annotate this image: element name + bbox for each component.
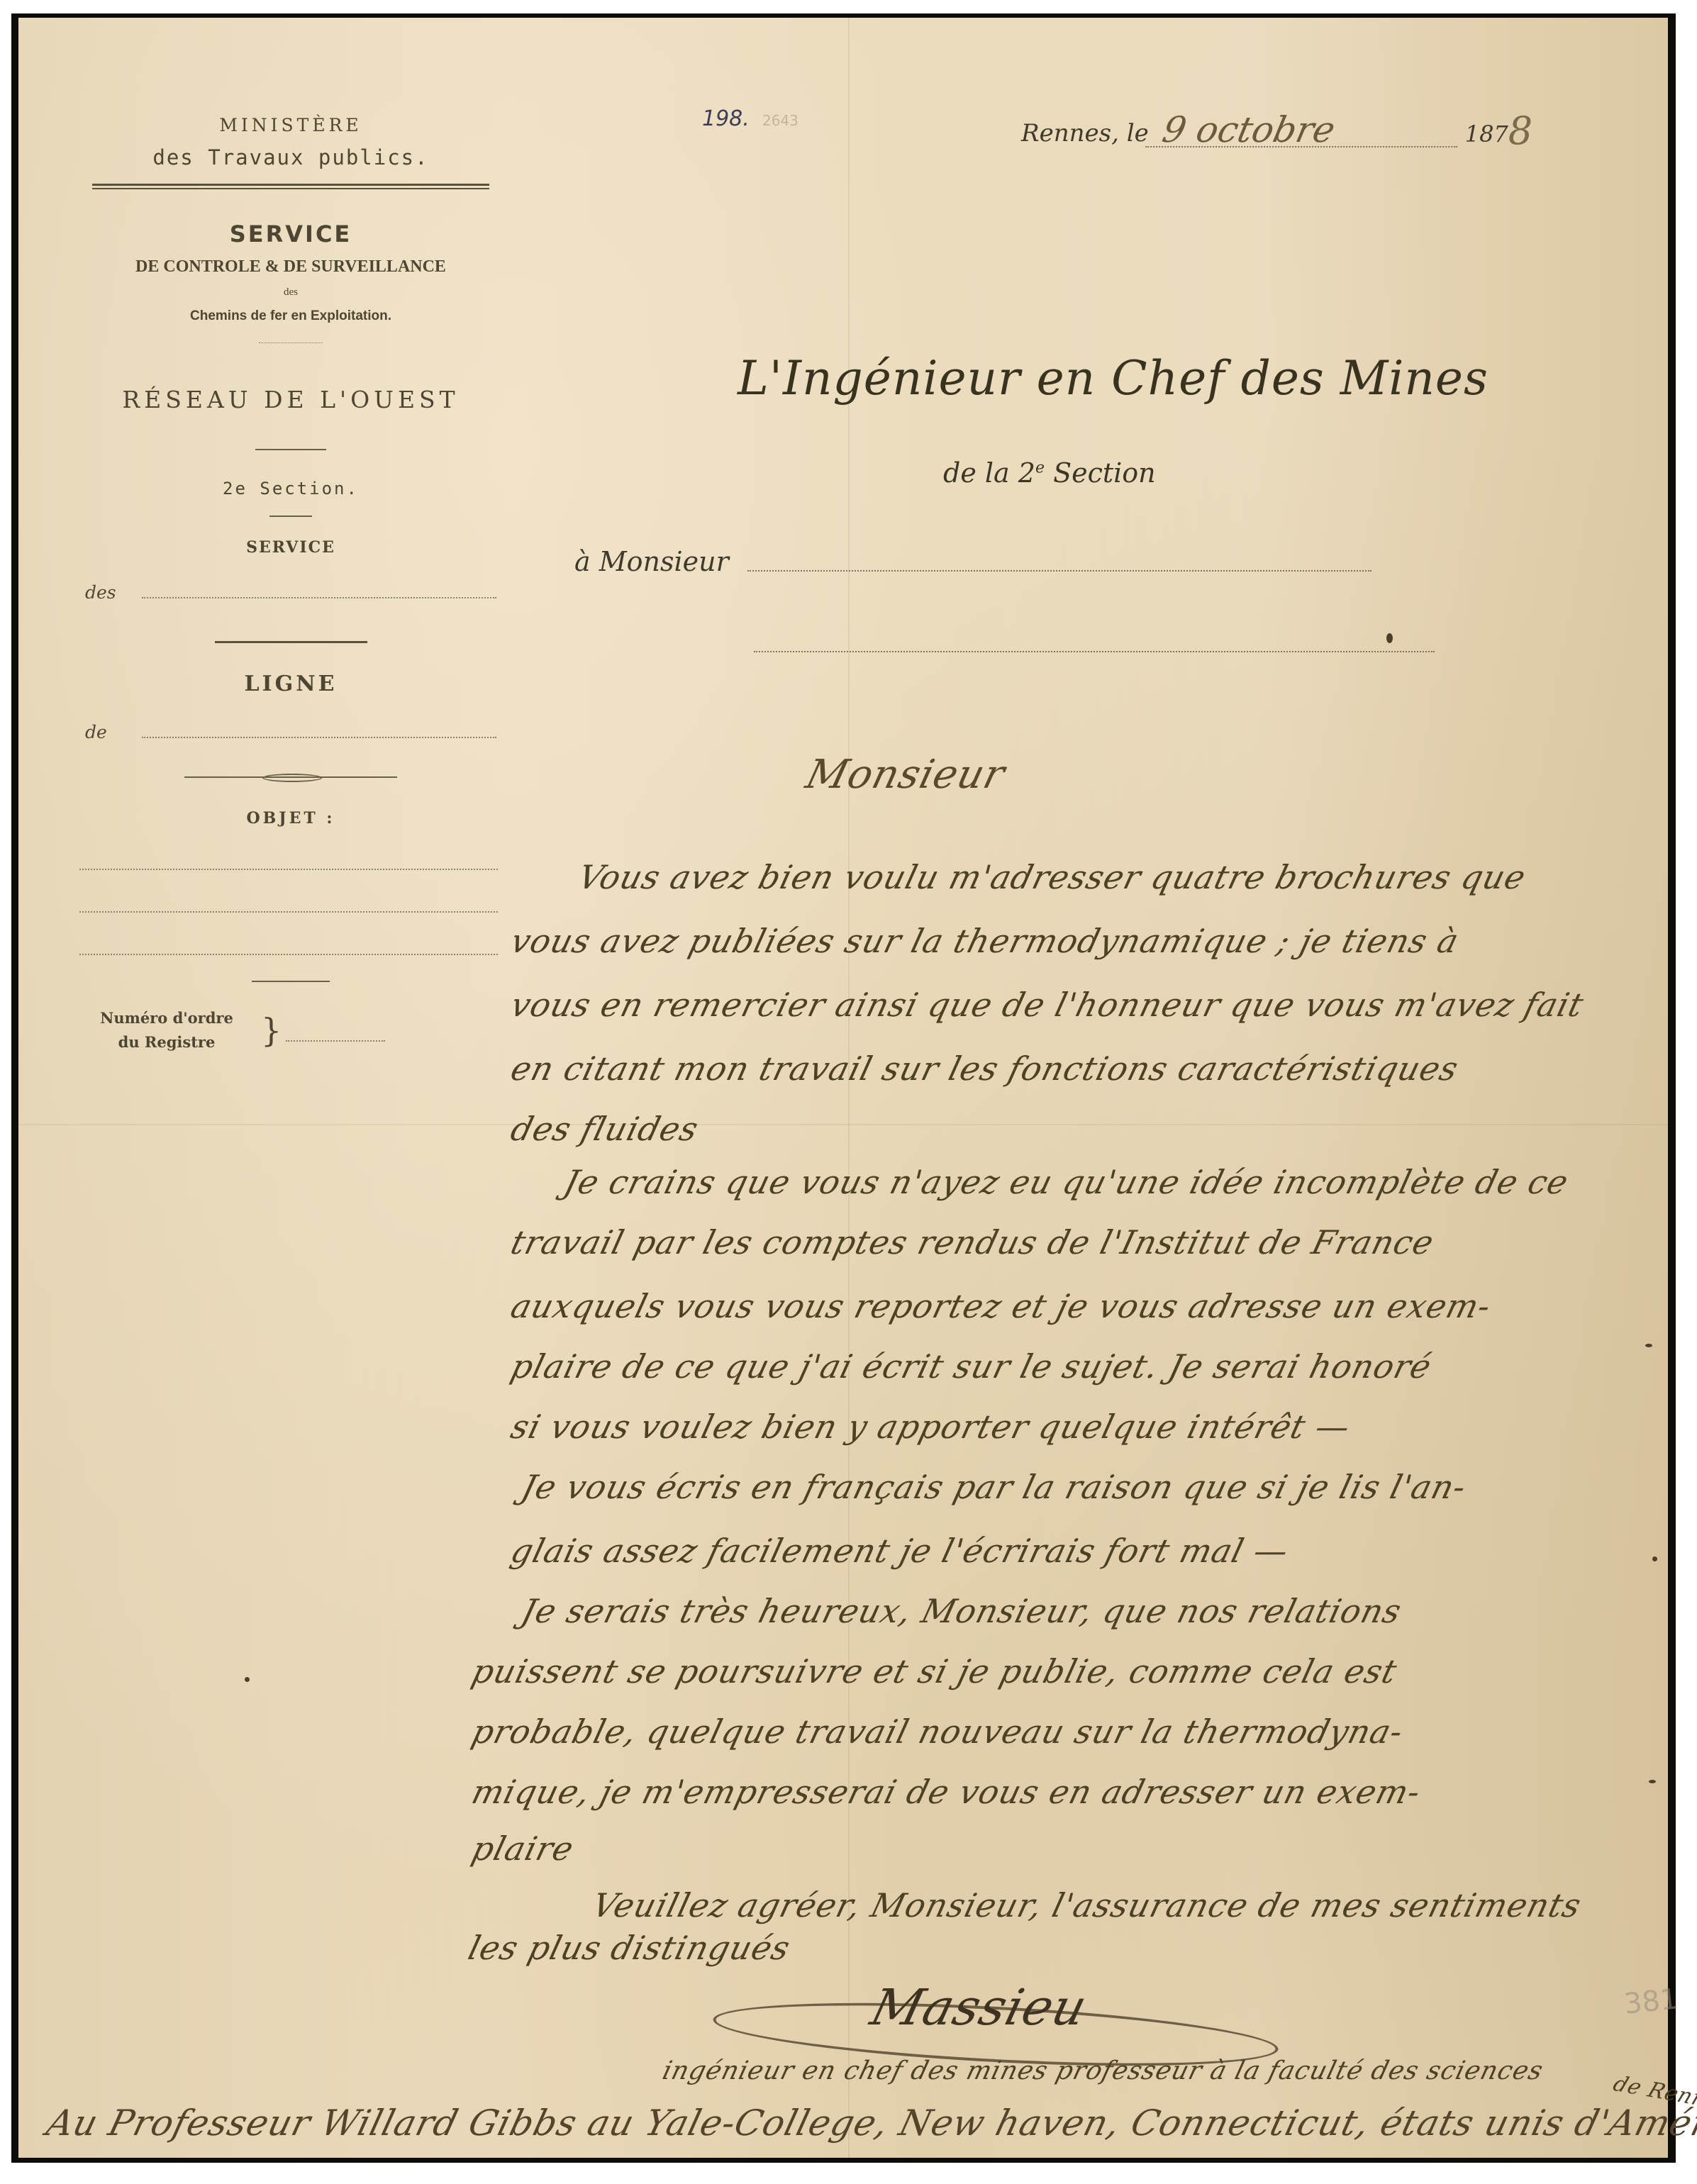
rule-divider-short (269, 516, 312, 517)
addressee-line: Au Professeur Willard Gibbs au Yale-Coll… (43, 2102, 1697, 2144)
letter-line: Je vous écris en français par la raison … (518, 1468, 1470, 1506)
paper-fold-horizontal (18, 1124, 1668, 1125)
double-rule-divider (92, 184, 489, 189)
letter-line: plaire de ce que j'ai écrit sur le sujet… (507, 1347, 1435, 1386)
letter-line: auxquels vous vous reportez et je vous a… (507, 1287, 1495, 1325)
dateline-handwritten-date: 9 octobre (1145, 113, 1464, 147)
letterhead-left-column: MINISTÈRE des Travaux publics. SERVICE D… (85, 106, 496, 1054)
ink-dot (245, 1677, 250, 1682)
dateline-city: Rennes, le (1021, 119, 1149, 147)
numero-ordre-text: Numéro d'ordre (85, 1006, 248, 1030)
blank-dotted-line (142, 584, 496, 598)
signature: Massieu (865, 1978, 1094, 2037)
blank-dotted-line (142, 724, 496, 738)
recipient-label: à Monsieur (574, 546, 729, 577)
ink-dash (1645, 1344, 1652, 1347)
letter-line: mique, je m'empresserai de vous en adres… (468, 1773, 1425, 1811)
service-label: SERVICE (85, 538, 496, 557)
blank-dotted-line (286, 1019, 385, 1042)
chemins-de-fer-line: Chemins de fer en Exploitation. (85, 308, 496, 324)
blank-dotted-line (747, 556, 1371, 572)
register-number-label: Numéro d'ordre du Registre (85, 1006, 248, 1054)
letterhead-title: L'Ingénieur en Chef des Mines (738, 351, 1489, 406)
subtitle-prefix: de la 2 (943, 457, 1035, 489)
section-label: 2e Section. (85, 479, 496, 498)
objet-blank-line-1 (79, 828, 498, 870)
rule-divider (255, 449, 326, 450)
letterhead-subtitle: de la 2e Section (943, 457, 1156, 489)
recipient-second-line (754, 651, 1435, 652)
ink-dot (1652, 1556, 1657, 1561)
controle-surveillance-line: DE CONTROLE & DE SURVEILLANCE (85, 257, 496, 277)
letter-line: des fluides (507, 1110, 703, 1148)
ligne-heading: LIGNE (85, 672, 496, 696)
rule-divider-long (215, 641, 367, 643)
letter-line: Veuillez agréer, Monsieur, l'assurance d… (589, 1886, 1586, 1924)
objet-heading: OBJET : (85, 809, 496, 828)
letter-line: plaire (468, 1829, 578, 1868)
subtitle-suffix: Section (1045, 457, 1156, 489)
service-des-field: des (85, 582, 496, 603)
recipient-field: à Monsieur (574, 546, 1371, 577)
letter-line: si vous voulez bien y apporter quelque i… (507, 1408, 1354, 1446)
reseau-heading: RÉSEAU DE L'OUEST (85, 386, 496, 413)
ligne-de-field: de (85, 722, 496, 742)
service-heading: SERVICE (85, 221, 496, 247)
subtitle-superscript: e (1035, 459, 1045, 477)
letter-line: en citant mon travail sur les fonctions … (507, 1049, 1462, 1088)
letter-line: Je serais très heureux, Monsieur, que no… (518, 1592, 1406, 1630)
rule-divider-deco (252, 981, 330, 982)
paper-fold-vertical (848, 18, 850, 2158)
ink-dash (1649, 1780, 1656, 1783)
letter-line: Je crains que vous n'ayez eu qu'une idée… (560, 1163, 1573, 1201)
folio-faint-number: 2643 (762, 112, 799, 129)
registre-text: du Registre (85, 1030, 248, 1054)
dateline-year-handwritten: 8 (1508, 115, 1532, 147)
folio-number: 198. (702, 106, 750, 131)
letter-salutation: Monsieur (801, 752, 1010, 798)
letter-line: puissent se poursuivre et si je publie, … (468, 1652, 1401, 1690)
objet-blank-line-2 (79, 870, 498, 913)
letter-line: vous en remercier ainsi que de l'honneur… (507, 986, 1588, 1024)
field-label-des: des (85, 582, 142, 603)
signatory-title: ingénieur en chef des mines professeur à… (660, 2056, 1546, 2085)
letter-line: glais assez facilement je l'écrirais for… (507, 1532, 1293, 1570)
archive-number: 381 (1623, 1983, 1680, 2021)
field-label-de: de (85, 722, 142, 742)
ministry-heading: MINISTÈRE (85, 115, 496, 135)
letter-line: vous avez publiées sur la thermodynamiqu… (507, 922, 1463, 960)
dateline-year-printed: 187 (1465, 121, 1508, 147)
letter-line: les plus distingués (464, 1929, 794, 1967)
objet-blank-line-3 (79, 913, 498, 955)
brace-icon: } (261, 1011, 282, 1049)
ministry-subheading: des Travaux publics. (85, 145, 496, 169)
flourish-divider-icon (184, 774, 397, 781)
letter-line: travail par les comptes rendus de l'Inst… (507, 1223, 1438, 1261)
letter-line: Vous avez bien voulu m'adresser quatre b… (574, 858, 1530, 896)
des-connector: des (85, 286, 496, 299)
register-number-block: Numéro d'ordre du Registre } (85, 1006, 496, 1054)
dateline: Rennes, le 9 octobre 187 8 (1021, 113, 1532, 147)
ornament-divider-icon (259, 342, 323, 345)
letter-line: probable, quelque travail nouveau sur la… (468, 1712, 1407, 1751)
ink-blot (1386, 633, 1393, 643)
